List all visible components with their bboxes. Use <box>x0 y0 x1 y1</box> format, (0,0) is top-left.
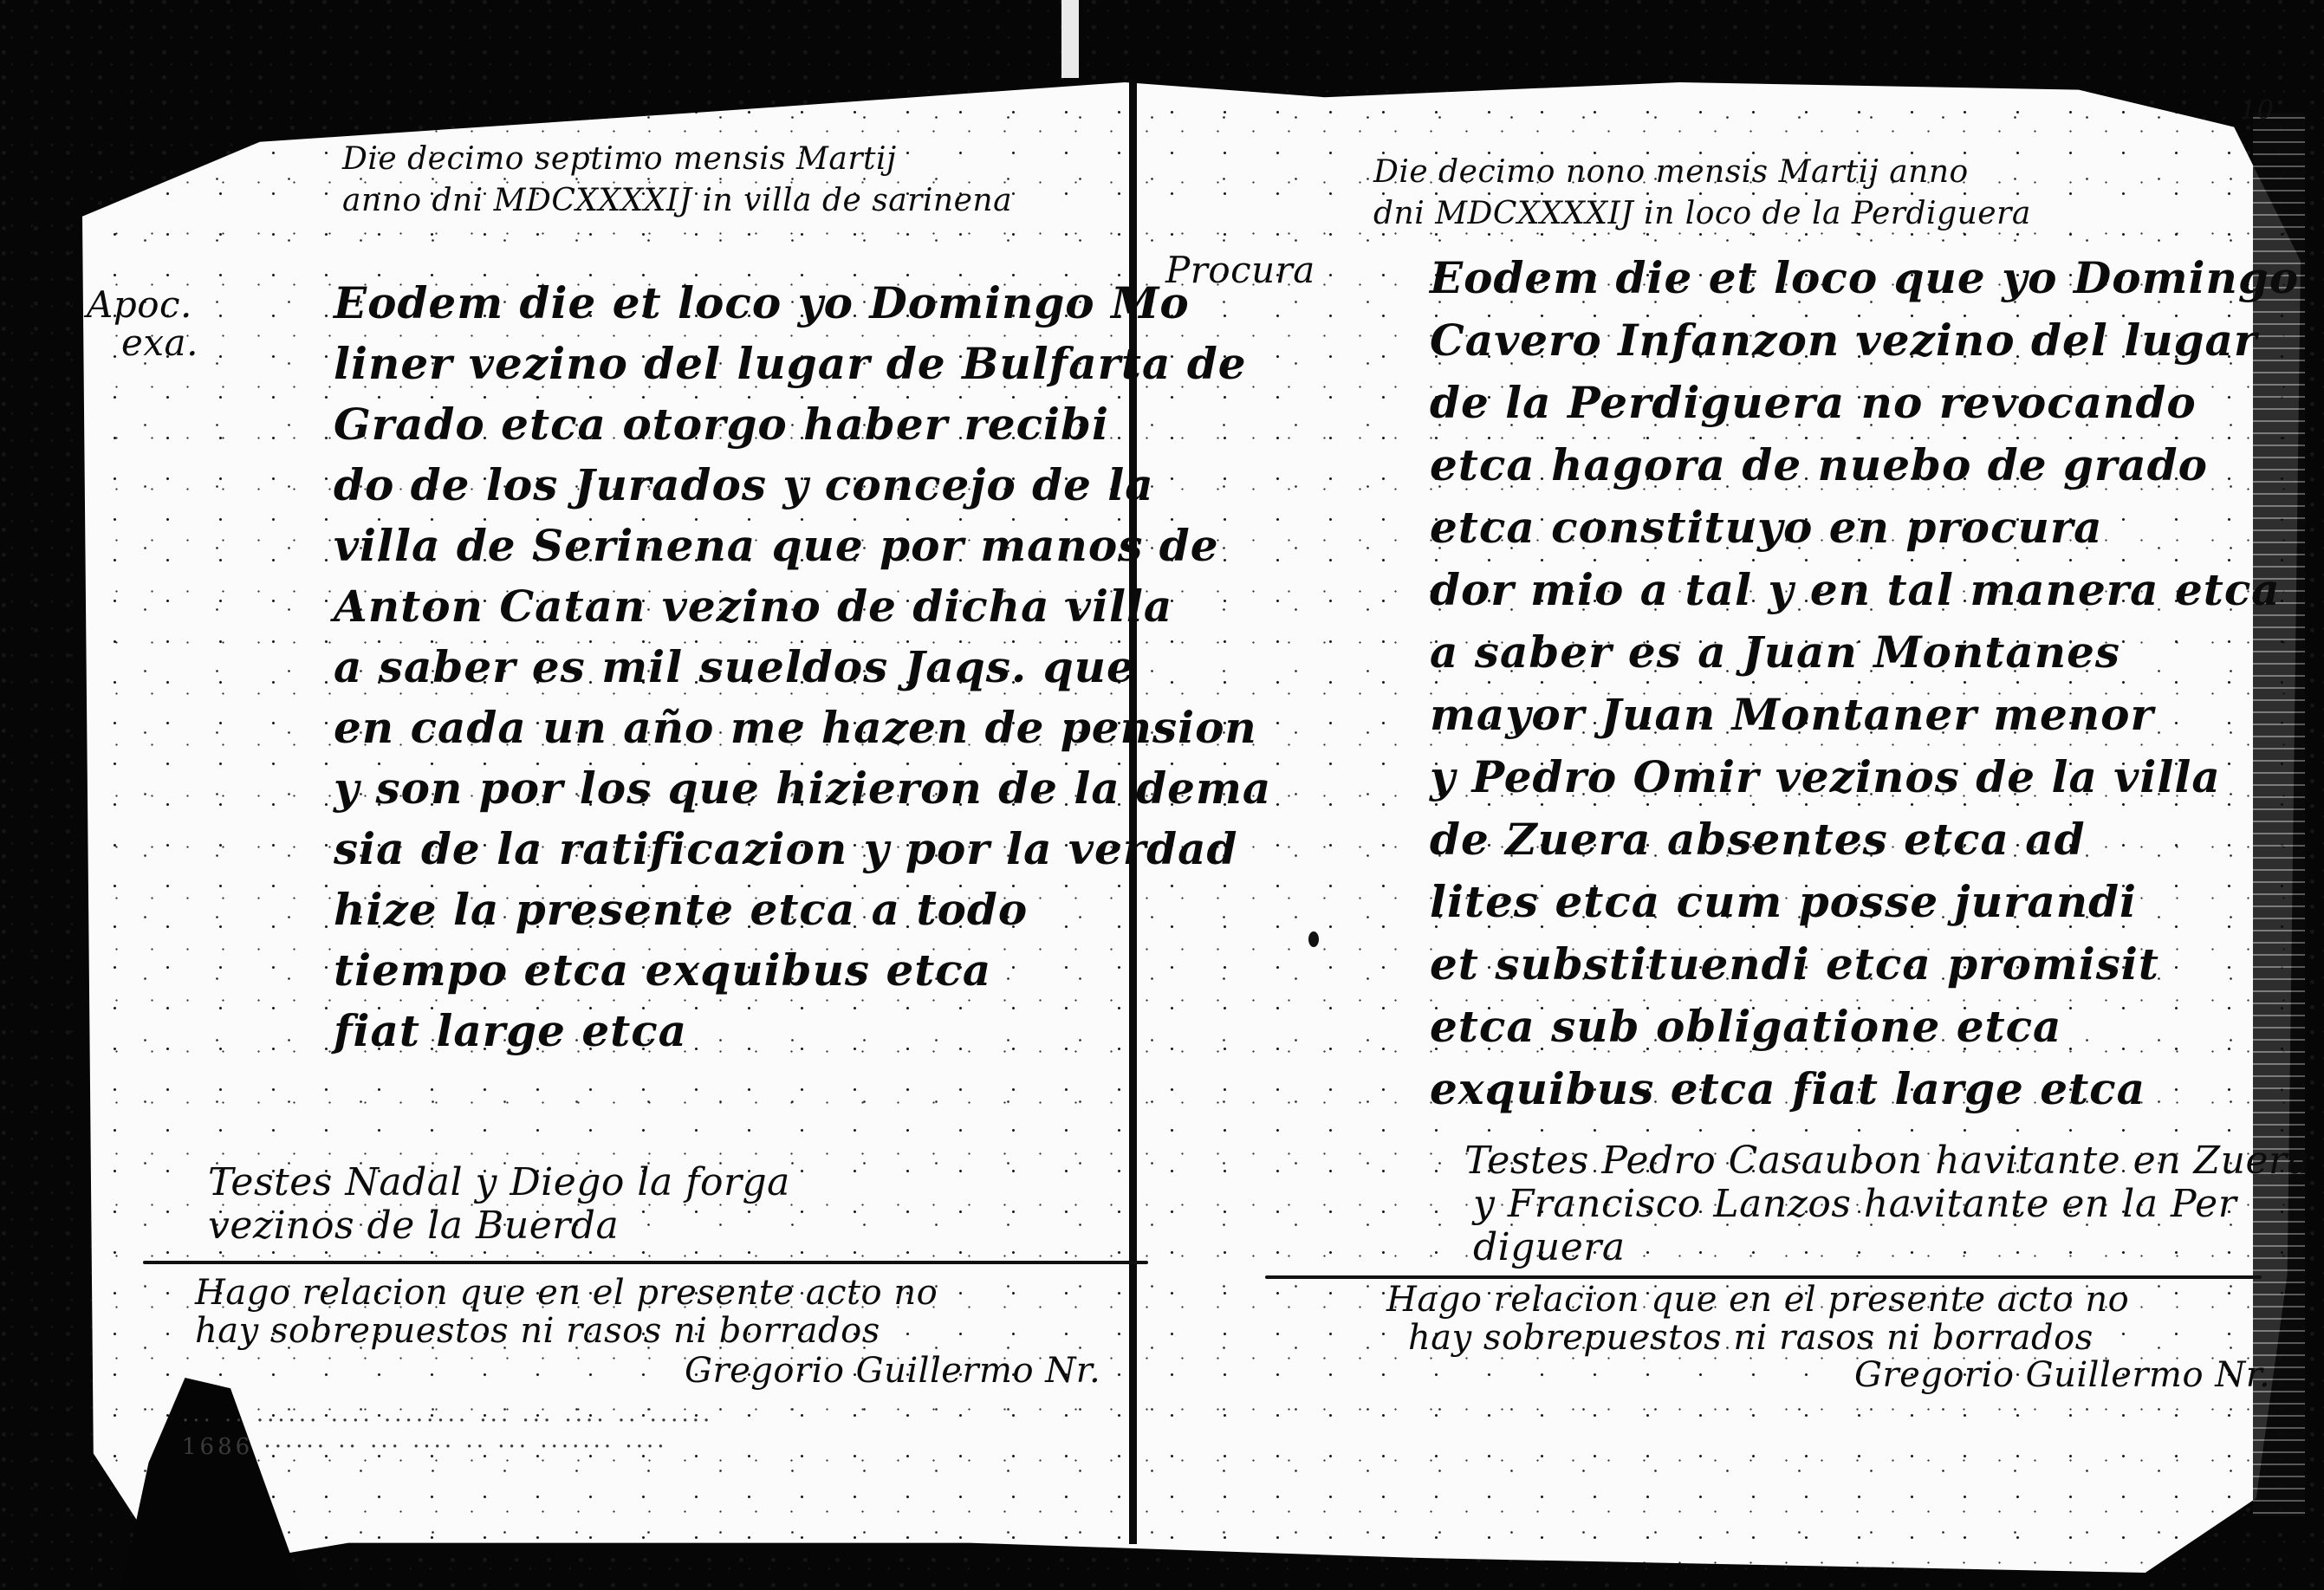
note-line: Hago relacion que en el presente acto no <box>1386 1281 2129 1319</box>
faded-line: 1686 ······ ·· ··· ···· ·· ··· ······· ·… <box>182 1434 713 1460</box>
body-line: hize la presente etca a todo <box>334 879 1271 940</box>
right-signature: Gregorio Guillermo Nr. <box>1854 1356 2270 1394</box>
body-line: liner vezino del lugar de Bulfarta de <box>334 334 1271 394</box>
left-margin-note: Apoc. exa. <box>87 286 198 362</box>
witness-line: Testes Nadal y Diego la forga <box>208 1161 790 1204</box>
body-line: y Pedro Omir vezinos de la villa <box>1430 746 2299 808</box>
right-heading: Die decimo nono mensis Martij anno dni M… <box>1373 152 2031 235</box>
margin-note-line: exa. <box>87 324 198 362</box>
body-line: do de los Jurados y concejo de la <box>334 455 1271 516</box>
margin-note-line: Procura <box>1165 251 1315 289</box>
note-line: hay sobrepuestos ni rasos ni borrados <box>1386 1319 2129 1357</box>
body-line: y son por los que hizieron de la dema <box>334 758 1271 819</box>
note-line: Hago relacion que en el presente acto no <box>195 1274 938 1312</box>
left-heading-line: anno dni MDCXXXXIJ in villa de sarinena <box>342 180 1012 222</box>
left-body: Eodem die et loco yo Domingo Mo liner ve… <box>334 273 1271 1061</box>
faded-line: ··· ·· ······ ···· ········ ··· ··· ····… <box>182 1408 713 1434</box>
note-line: hay sobrepuestos ni rasos ni borrados <box>195 1312 938 1350</box>
body-line: de Zuera absentes etca ad <box>1430 808 2299 871</box>
right-heading-line: dni MDCXXXXIJ in loco de la Perdiguera <box>1373 193 2031 235</box>
left-heading: Die decimo septimo mensis Martij anno dn… <box>342 139 1012 222</box>
body-line: dor mio a tal y en tal manera etca <box>1430 559 2299 621</box>
witness-line: y Francisco Lanzos havitante en la Per <box>1464 1183 2310 1226</box>
body-line: a saber es a Juan Montanes <box>1430 621 2299 684</box>
body-line: sia de la ratificazion y por la verdad <box>334 819 1271 879</box>
body-line: et substituendi etca promisit <box>1430 933 2299 996</box>
body-line: Eodem die et loco yo Domingo Mo <box>334 273 1271 334</box>
right-notary-note: Hago relacion que en el presente acto no… <box>1386 1281 2129 1357</box>
body-line: etca sub obligatione etca <box>1430 996 2299 1058</box>
left-notary-note: Hago relacion que en el presente acto no… <box>195 1274 938 1350</box>
ink-blot <box>1308 931 1319 947</box>
body-line: Eodem die et loco que yo Domingo <box>1430 247 2299 309</box>
left-faded-text: ··· ·· ······ ···· ········ ··· ··· ····… <box>182 1408 713 1460</box>
body-line: tiempo etca exquibus etca <box>334 940 1271 1001</box>
left-heading-line: Die decimo septimo mensis Martij <box>342 139 1012 180</box>
body-line: fiat large etca <box>334 1001 1271 1061</box>
page-tab-strip <box>1061 0 1079 78</box>
body-line: mayor Juan Montaner menor <box>1430 684 2299 746</box>
body-line: Cavero Infanzon vezino del lugar <box>1430 309 2299 372</box>
right-heading-line: Die decimo nono mensis Martij anno <box>1373 152 2031 193</box>
body-line: Grado etca otorgo haber recibi <box>334 394 1271 455</box>
witness-line: diguera <box>1464 1226 2310 1269</box>
body-line: de la Perdiguera no revocando <box>1430 372 2299 434</box>
right-margin-note: Procura <box>1165 251 1315 289</box>
body-line: a saber es mil sueldos Jaqs. que <box>334 637 1271 698</box>
body-line: villa de Serinena que por manos de <box>334 516 1271 576</box>
left-separator-rule <box>143 1261 1148 1264</box>
body-line: etca hagora de nuebo de grado <box>1430 434 2299 496</box>
right-body: Eodem die et loco que yo Domingo Cavero … <box>1430 247 2299 1120</box>
witness-line: vezinos de la Buerda <box>208 1204 790 1248</box>
margin-note-line: Apoc. <box>87 286 198 324</box>
body-line: etca constituyo en procura <box>1430 496 2299 559</box>
right-witnesses: Testes Pedro Casaubon havitante en Zuera… <box>1464 1139 2310 1269</box>
left-witnesses: Testes Nadal y Diego la forga vezinos de… <box>208 1161 790 1248</box>
body-line: en cada un año me hazen de pension <box>334 698 1271 758</box>
right-separator-rule <box>1265 1275 2262 1279</box>
page-number: 10 <box>2240 95 2274 126</box>
body-line: Anton Catan vezino de dicha villa <box>334 576 1271 637</box>
left-signature: Gregorio Guillermo Nr. <box>685 1352 1100 1390</box>
witness-line: Testes Pedro Casaubon havitante en Zuera <box>1464 1139 2310 1183</box>
body-line: lites etca cum posse jurandi <box>1430 871 2299 933</box>
body-line: exquibus etca fiat large etca <box>1430 1058 2299 1120</box>
